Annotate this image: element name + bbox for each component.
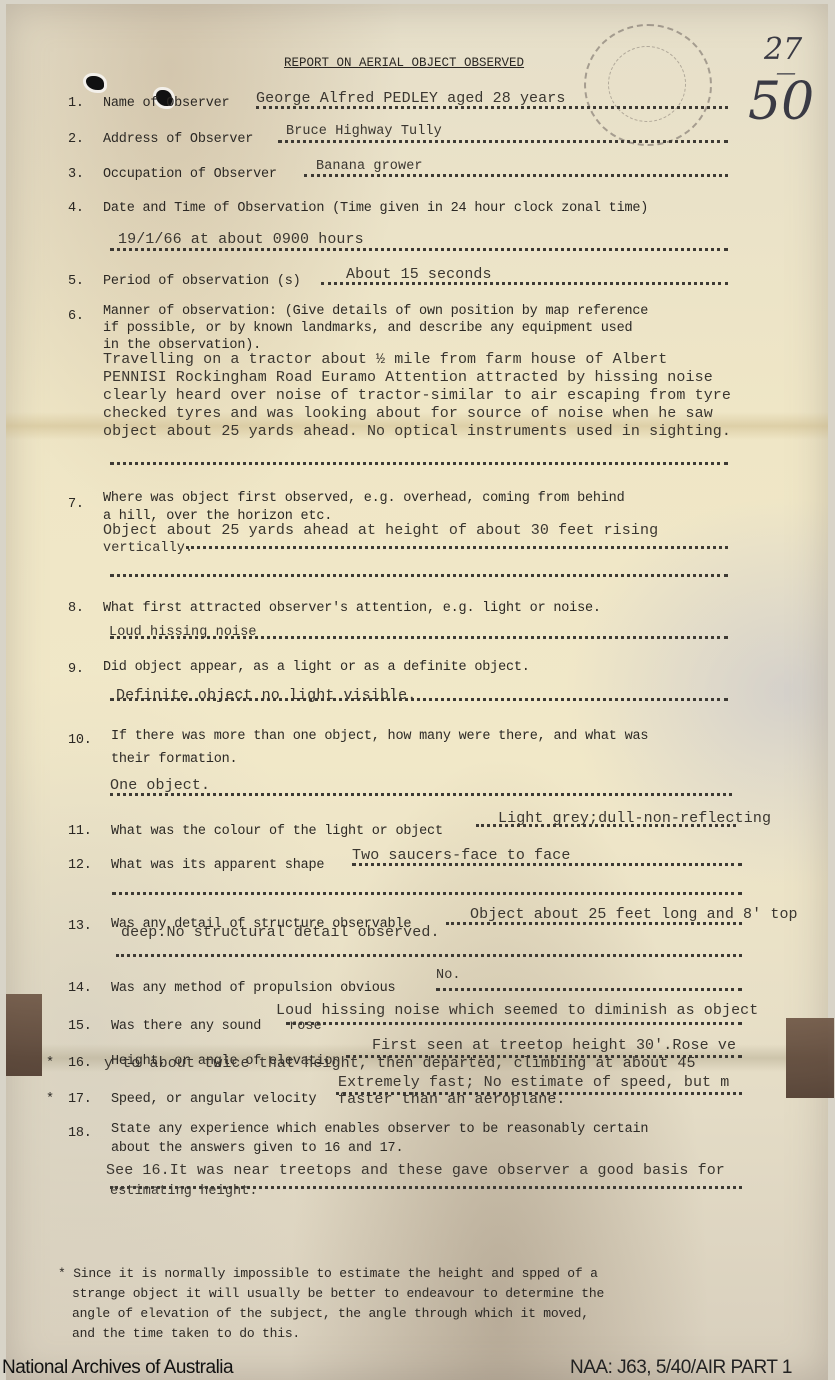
question-number: 18.: [68, 1126, 92, 1141]
question-label: Where was object first observed, e.g. ov…: [103, 491, 625, 506]
dotted-line: [304, 168, 728, 177]
answer-first-observed: Object about 25 yards ahead at height of…: [103, 522, 658, 539]
question-label: What first attracted observer's attentio…: [103, 601, 601, 616]
question-label: Period of observation (s): [103, 274, 301, 289]
dotted-line: [476, 818, 736, 827]
question-label: Occupation of Observer: [103, 167, 277, 182]
dotted-line: [321, 276, 728, 285]
question-label: Address of Observer: [103, 132, 253, 147]
asterisk-marker: *: [46, 1092, 54, 1107]
question-number: 12.: [68, 858, 92, 873]
dotted-line: [110, 1180, 742, 1189]
question-number: 2.: [68, 132, 84, 147]
footnote-text: and the time taken to do this.: [72, 1326, 300, 1341]
answer-experience: See 16.It was near treetops and these ga…: [106, 1162, 725, 1179]
question-label: What was its apparent shape: [111, 858, 324, 873]
dotted-line: [436, 982, 742, 991]
dotted-line: [256, 100, 728, 109]
adhesive-tape-left: [6, 994, 42, 1076]
dotted-line: [110, 242, 728, 251]
footnote-text: angle of elevation of the subject, the a…: [72, 1306, 589, 1321]
question-label: about the answers given to 16 and 17.: [111, 1141, 403, 1156]
question-number: 11.: [68, 824, 92, 839]
dotted-line: [186, 540, 728, 549]
question-label: their formation.: [111, 752, 237, 767]
dotted-line: [110, 692, 728, 701]
question-label: What was the colour of the light or obje…: [111, 824, 443, 839]
question-label: Did object appear, as a light or as a de…: [103, 660, 530, 675]
question-number: 10.: [68, 733, 92, 748]
question-label: Date and Time of Observation (Time given…: [103, 201, 648, 216]
dotted-line: [446, 916, 742, 925]
archive-reference-label: NAA: J63, 5/40/AIR PART 1: [570, 1357, 792, 1379]
question-label: Speed, or angular velocity: [111, 1092, 316, 1107]
footnote-text: * Since it is normally impossible to est…: [58, 1266, 598, 1281]
ink-stamp-seal: [584, 24, 712, 146]
dotted-line: [110, 456, 728, 465]
answer-propulsion: No.: [436, 968, 461, 983]
form-title: REPORT ON AERIAL OBJECT OBSERVED: [284, 56, 524, 70]
question-number: 7.: [68, 497, 84, 512]
dotted-line: [336, 1086, 742, 1095]
answer-manner: PENNISI Rockingham Road Euramo Attention…: [103, 369, 713, 386]
question-number: 15.: [68, 1019, 92, 1034]
question-label: if possible, or by known landmarks, and …: [103, 321, 632, 336]
scanned-form-page: 27 — 50 REPORT ON AERIAL OBJECT OBSERVED…: [6, 4, 828, 1380]
question-label: Name of Observer: [103, 96, 229, 111]
asterisk-marker: *: [46, 1056, 54, 1071]
folio-number-bottom: 50: [748, 72, 814, 132]
question-label: If there was more than one object, how m…: [111, 729, 648, 744]
dotted-line: [286, 1016, 742, 1025]
dotted-line: [352, 857, 742, 866]
question-number: 4.: [68, 201, 84, 216]
dotted-line: [110, 630, 728, 639]
punch-hole-icon: [86, 76, 104, 90]
footnote-text: strange object it will usually be better…: [72, 1286, 604, 1301]
question-label: State any experience which enables obser…: [111, 1122, 648, 1137]
answer-manner: object about 25 yards ahead. No optical …: [103, 423, 731, 440]
question-number: 8.: [68, 601, 84, 616]
dotted-line: [110, 787, 732, 796]
dotted-line: [346, 1049, 742, 1058]
dotted-line: [110, 568, 728, 577]
answer-manner: clearly heard over noise of tractor-simi…: [103, 387, 731, 404]
dotted-line: [278, 134, 728, 143]
adhesive-tape-right: [786, 1018, 834, 1098]
answer-manner: Travelling on a tractor about ½ mile fro…: [103, 351, 667, 368]
answer-structure: deep.No structural detail observed.: [121, 924, 440, 941]
answer-first-observed: vertically.: [103, 541, 193, 556]
answer-manner: checked tyres and was looking about for …: [103, 405, 713, 422]
question-number: 9.: [68, 662, 84, 677]
dotted-line: [116, 948, 742, 957]
question-number: 5.: [68, 274, 84, 289]
question-number: 13.: [68, 919, 92, 934]
question-number: 16.: [68, 1056, 92, 1071]
question-number: 17.: [68, 1092, 92, 1107]
question-label: Was any method of propulsion obvious: [111, 981, 395, 996]
archive-source-label: National Archives of Australia: [2, 1357, 233, 1379]
question-number: 14.: [68, 981, 92, 996]
question-number: 6.: [68, 309, 84, 324]
question-label: Manner of observation: (Give details of …: [103, 304, 648, 319]
question-number: 1.: [68, 96, 84, 111]
question-label: Was there any sound: [111, 1019, 261, 1034]
dotted-line: [112, 886, 742, 895]
question-number: 3.: [68, 167, 84, 182]
